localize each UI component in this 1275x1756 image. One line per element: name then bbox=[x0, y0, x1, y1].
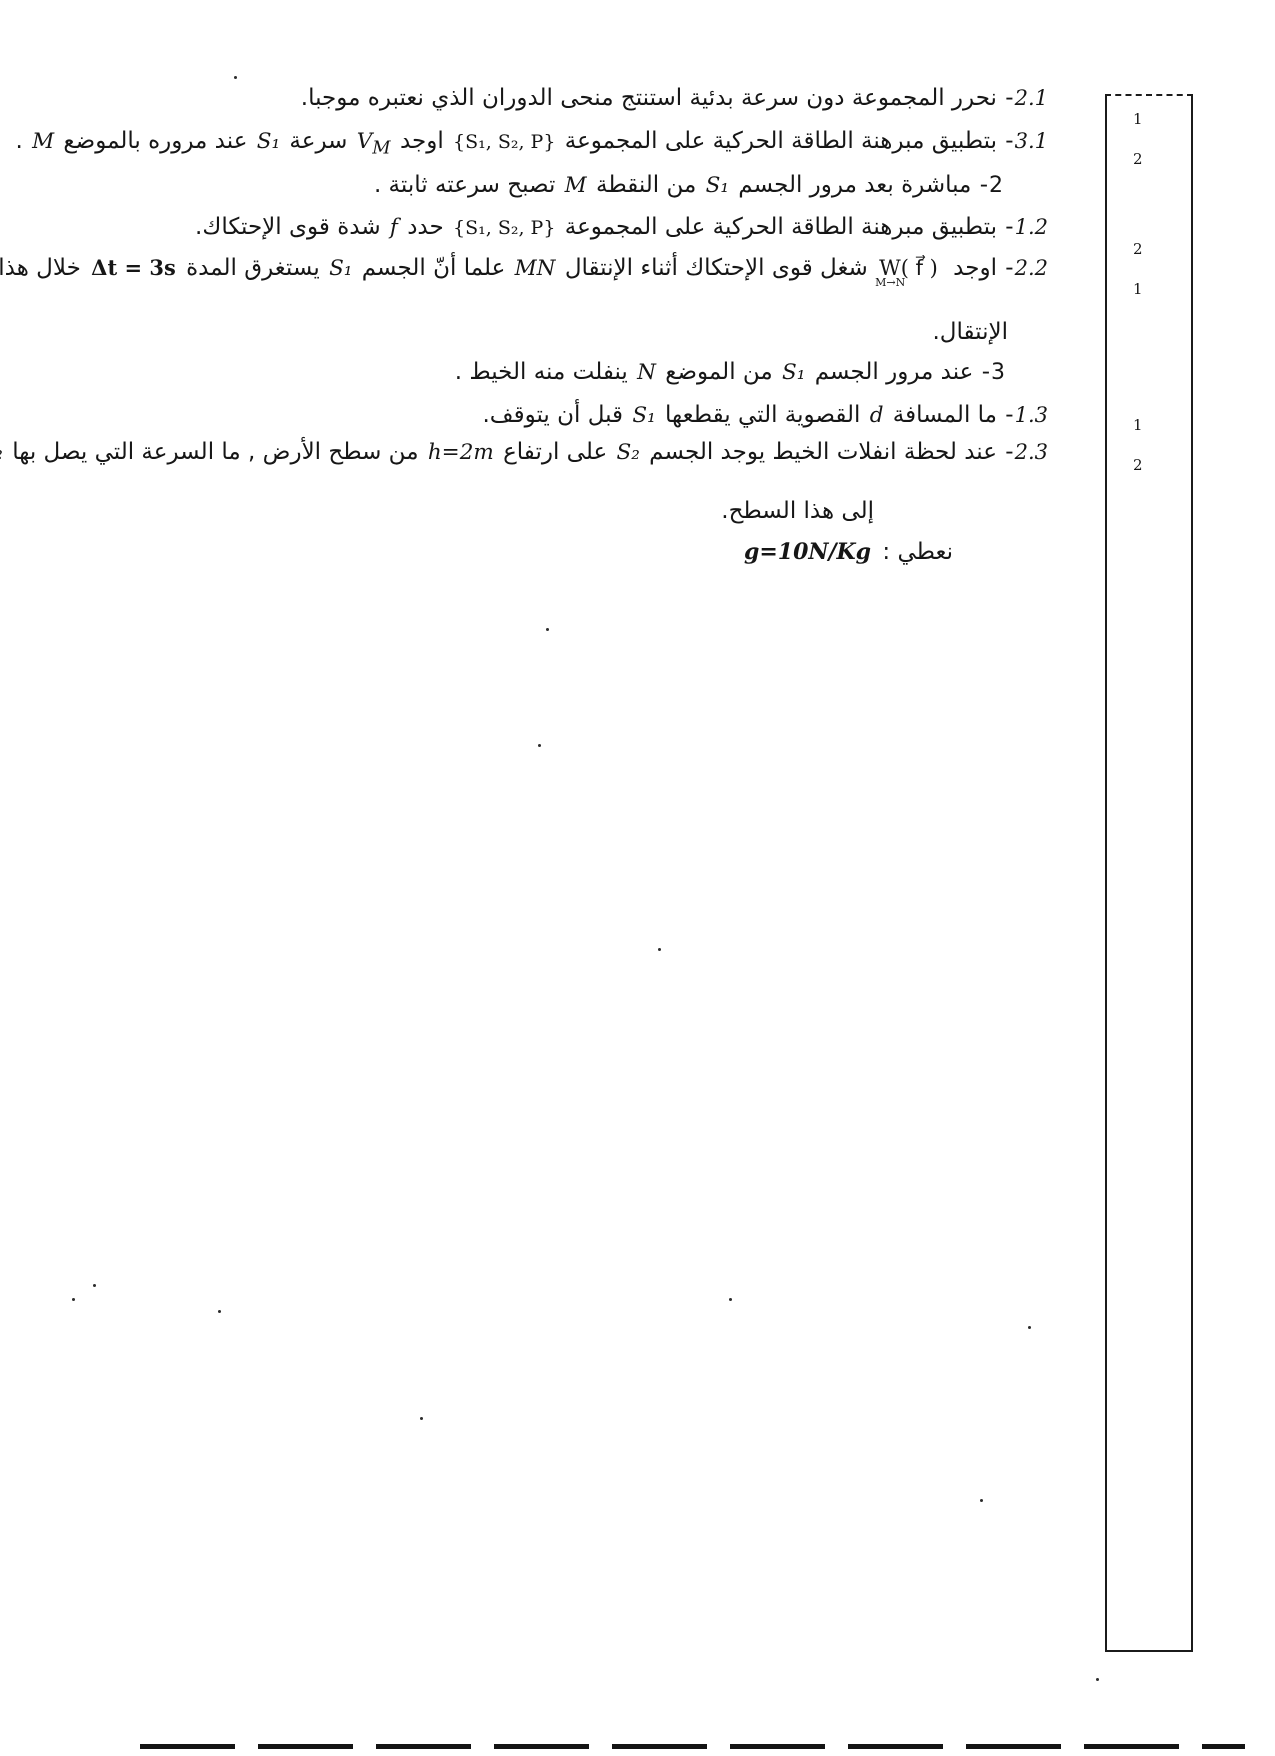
question-text: القصوية التي يقطعها bbox=[665, 402, 860, 428]
scan-speck bbox=[546, 628, 549, 631]
gravity-value: g=10N/Kg bbox=[740, 539, 875, 565]
question-text: عند مروره بالموضع bbox=[63, 128, 247, 154]
question-number: 3.1 bbox=[1015, 129, 1048, 153]
question-text: عند مرور الجسم bbox=[815, 359, 974, 385]
number-dash: - bbox=[1004, 214, 1014, 240]
question-text: على ارتفاع bbox=[503, 439, 607, 465]
question-text: عند لحظة انفلات الخيط يوجد الجسم bbox=[649, 439, 997, 465]
number-dash: - bbox=[1004, 85, 1014, 111]
symbol-d: d bbox=[868, 403, 886, 428]
question-text: اوجد bbox=[400, 128, 444, 154]
number-dash: - bbox=[981, 359, 991, 385]
number-dash: - bbox=[1004, 128, 1014, 154]
symbol-s1: S₁ bbox=[327, 256, 354, 281]
question-text: بتطبيق مبرهنة الطاقة الحركية على المجموع… bbox=[565, 214, 997, 240]
scan-speck bbox=[1028, 1326, 1031, 1329]
question-line-2-3: 2.3- عند لحظة انفلات الخيط يوجد الجسم S₂… bbox=[0, 438, 1048, 467]
scan-speck bbox=[218, 1310, 221, 1313]
mark-value: 1 bbox=[1133, 280, 1143, 298]
symbol-mn: MN bbox=[513, 256, 558, 281]
question-text: يستغرق المدة bbox=[186, 255, 320, 281]
question-line-2-2: 2.2- اوجد WM→N( f⃗ ) شغل قوى الإحتكاك أث… bbox=[0, 254, 1048, 283]
question-text: ينفلت منه الخيط . bbox=[455, 359, 628, 385]
symbol-s1: S₁ bbox=[255, 129, 282, 154]
scan-speck bbox=[538, 744, 541, 747]
work-subscript: M→N bbox=[875, 276, 905, 290]
mark-value: 1 bbox=[1133, 110, 1143, 128]
scan-speck bbox=[729, 1298, 732, 1301]
symbol-vm: VM bbox=[355, 129, 393, 154]
symbol-s2: S₂ bbox=[614, 440, 641, 465]
force-vector-arg: ( f⃗ ) bbox=[901, 256, 938, 280]
scan-speck bbox=[980, 1499, 983, 1502]
duration-value: Δt = 3s bbox=[88, 255, 179, 280]
question-text: اوجد bbox=[953, 255, 997, 281]
question-text: حدد bbox=[407, 214, 444, 240]
question-line-3: 3- عند مرور الجسم S₁ من الموضع N ينفلت م… bbox=[455, 358, 1005, 387]
question-text: من سطح الأرض , ما السرعة التي يصل بها bbox=[12, 439, 418, 465]
question-text: علما أنّ الجسم bbox=[362, 255, 506, 281]
mark-value: 2 bbox=[1133, 456, 1143, 474]
question-text: خلال هذا bbox=[0, 255, 81, 281]
scan-speck bbox=[420, 1417, 423, 1420]
question-number: 2.3 bbox=[1015, 440, 1048, 464]
question-line-2-1: 2.1- نحرر المجموعة دون سرعة بدئية استنتج… bbox=[301, 84, 1048, 113]
question-text: من الموضع bbox=[665, 359, 773, 385]
scan-speck bbox=[234, 76, 237, 79]
mark-value: 1 bbox=[1133, 416, 1143, 434]
question-text: شدة قوى الإحتكاك. bbox=[195, 214, 381, 240]
number-dash: - bbox=[1004, 439, 1014, 465]
scan-speck bbox=[658, 948, 661, 951]
question-text: قبل أن يتوقف. bbox=[482, 402, 623, 428]
question-number: 3 bbox=[991, 360, 1005, 385]
question-number: 1.2 bbox=[1015, 215, 1048, 239]
question-line-2: 2- مباشرة بعد مرور الجسم S₁ من النقطة M … bbox=[374, 171, 1003, 200]
question-text: مباشرة بعد مرور الجسم bbox=[738, 172, 971, 198]
scan-edge-bar bbox=[140, 1744, 1245, 1749]
number-dash: - bbox=[1004, 402, 1014, 428]
question-text: نحرر المجموعة دون سرعة بدئية استنتج منحى… bbox=[301, 85, 997, 111]
question-text: إلى هذا السطح. bbox=[721, 498, 874, 524]
question-text: ما المسافة bbox=[893, 402, 997, 428]
question-text: الإنتقال. bbox=[932, 319, 1008, 345]
question-number: 2.2 bbox=[1015, 256, 1048, 280]
symbol-m: M bbox=[30, 129, 56, 154]
scanned-exam-page: 2.1- نحرر المجموعة دون سرعة بدئية استنتج… bbox=[0, 0, 1275, 1756]
scan-speck bbox=[72, 1298, 75, 1301]
question-text: بتطبيق مبرهنة الطاقة الحركية على المجموع… bbox=[565, 128, 997, 154]
period: . bbox=[15, 128, 22, 154]
question-line-1-3: 1.3- ما المسافة d القصوية التي يقطعها S₁… bbox=[482, 401, 1048, 430]
work-notation: WM→N( f⃗ ) bbox=[875, 255, 946, 281]
marks-column: 1 2 2 1 1 2 bbox=[1105, 94, 1193, 1652]
symbol-n: N bbox=[635, 360, 658, 385]
mark-value: 2 bbox=[1133, 240, 1143, 258]
symbol-s1: S₁ bbox=[630, 403, 657, 428]
question-number: 2.1 bbox=[1015, 86, 1048, 110]
number-dash: - bbox=[979, 172, 989, 198]
system-set: {S₁, S₂, P} bbox=[451, 131, 557, 153]
given-label: نعطي : bbox=[882, 539, 953, 565]
number-dash: - bbox=[1004, 255, 1014, 281]
scan-speck bbox=[1096, 1678, 1099, 1681]
mark-value: 2 bbox=[1133, 150, 1143, 168]
question-number: 1.3 bbox=[1015, 403, 1048, 427]
symbol-s1: S₁ bbox=[780, 360, 807, 385]
question-number: 2 bbox=[989, 173, 1003, 198]
system-set: {S₁, S₂, P} bbox=[451, 217, 557, 239]
question-2-3-continuation: إلى هذا السطح. bbox=[721, 497, 874, 526]
given-data-line: نعطي : g=10N/Kg bbox=[740, 538, 953, 567]
symbol-s2: S₂ bbox=[0, 440, 5, 465]
question-text: تصبح سرعته ثابتة . bbox=[374, 172, 555, 198]
question-text: سرعة bbox=[289, 128, 347, 154]
symbol-s1: S₁ bbox=[704, 173, 731, 198]
height-value: h=2m bbox=[426, 440, 496, 465]
scan-speck bbox=[93, 1284, 96, 1287]
question-text: من النقطة bbox=[596, 172, 696, 198]
question-text: شغل قوى الإحتكاك أثناء الإنتقال bbox=[565, 255, 868, 281]
question-line-3-1: 3.1- بتطبيق مبرهنة الطاقة الحركية على ال… bbox=[15, 127, 1048, 160]
question-2-2-continuation: الإنتقال. bbox=[932, 318, 1008, 347]
symbol-f: f bbox=[388, 215, 400, 240]
symbol-m: M bbox=[563, 173, 589, 198]
question-line-1-2: 1.2- بتطبيق مبرهنة الطاقة الحركية على ال… bbox=[195, 213, 1048, 242]
